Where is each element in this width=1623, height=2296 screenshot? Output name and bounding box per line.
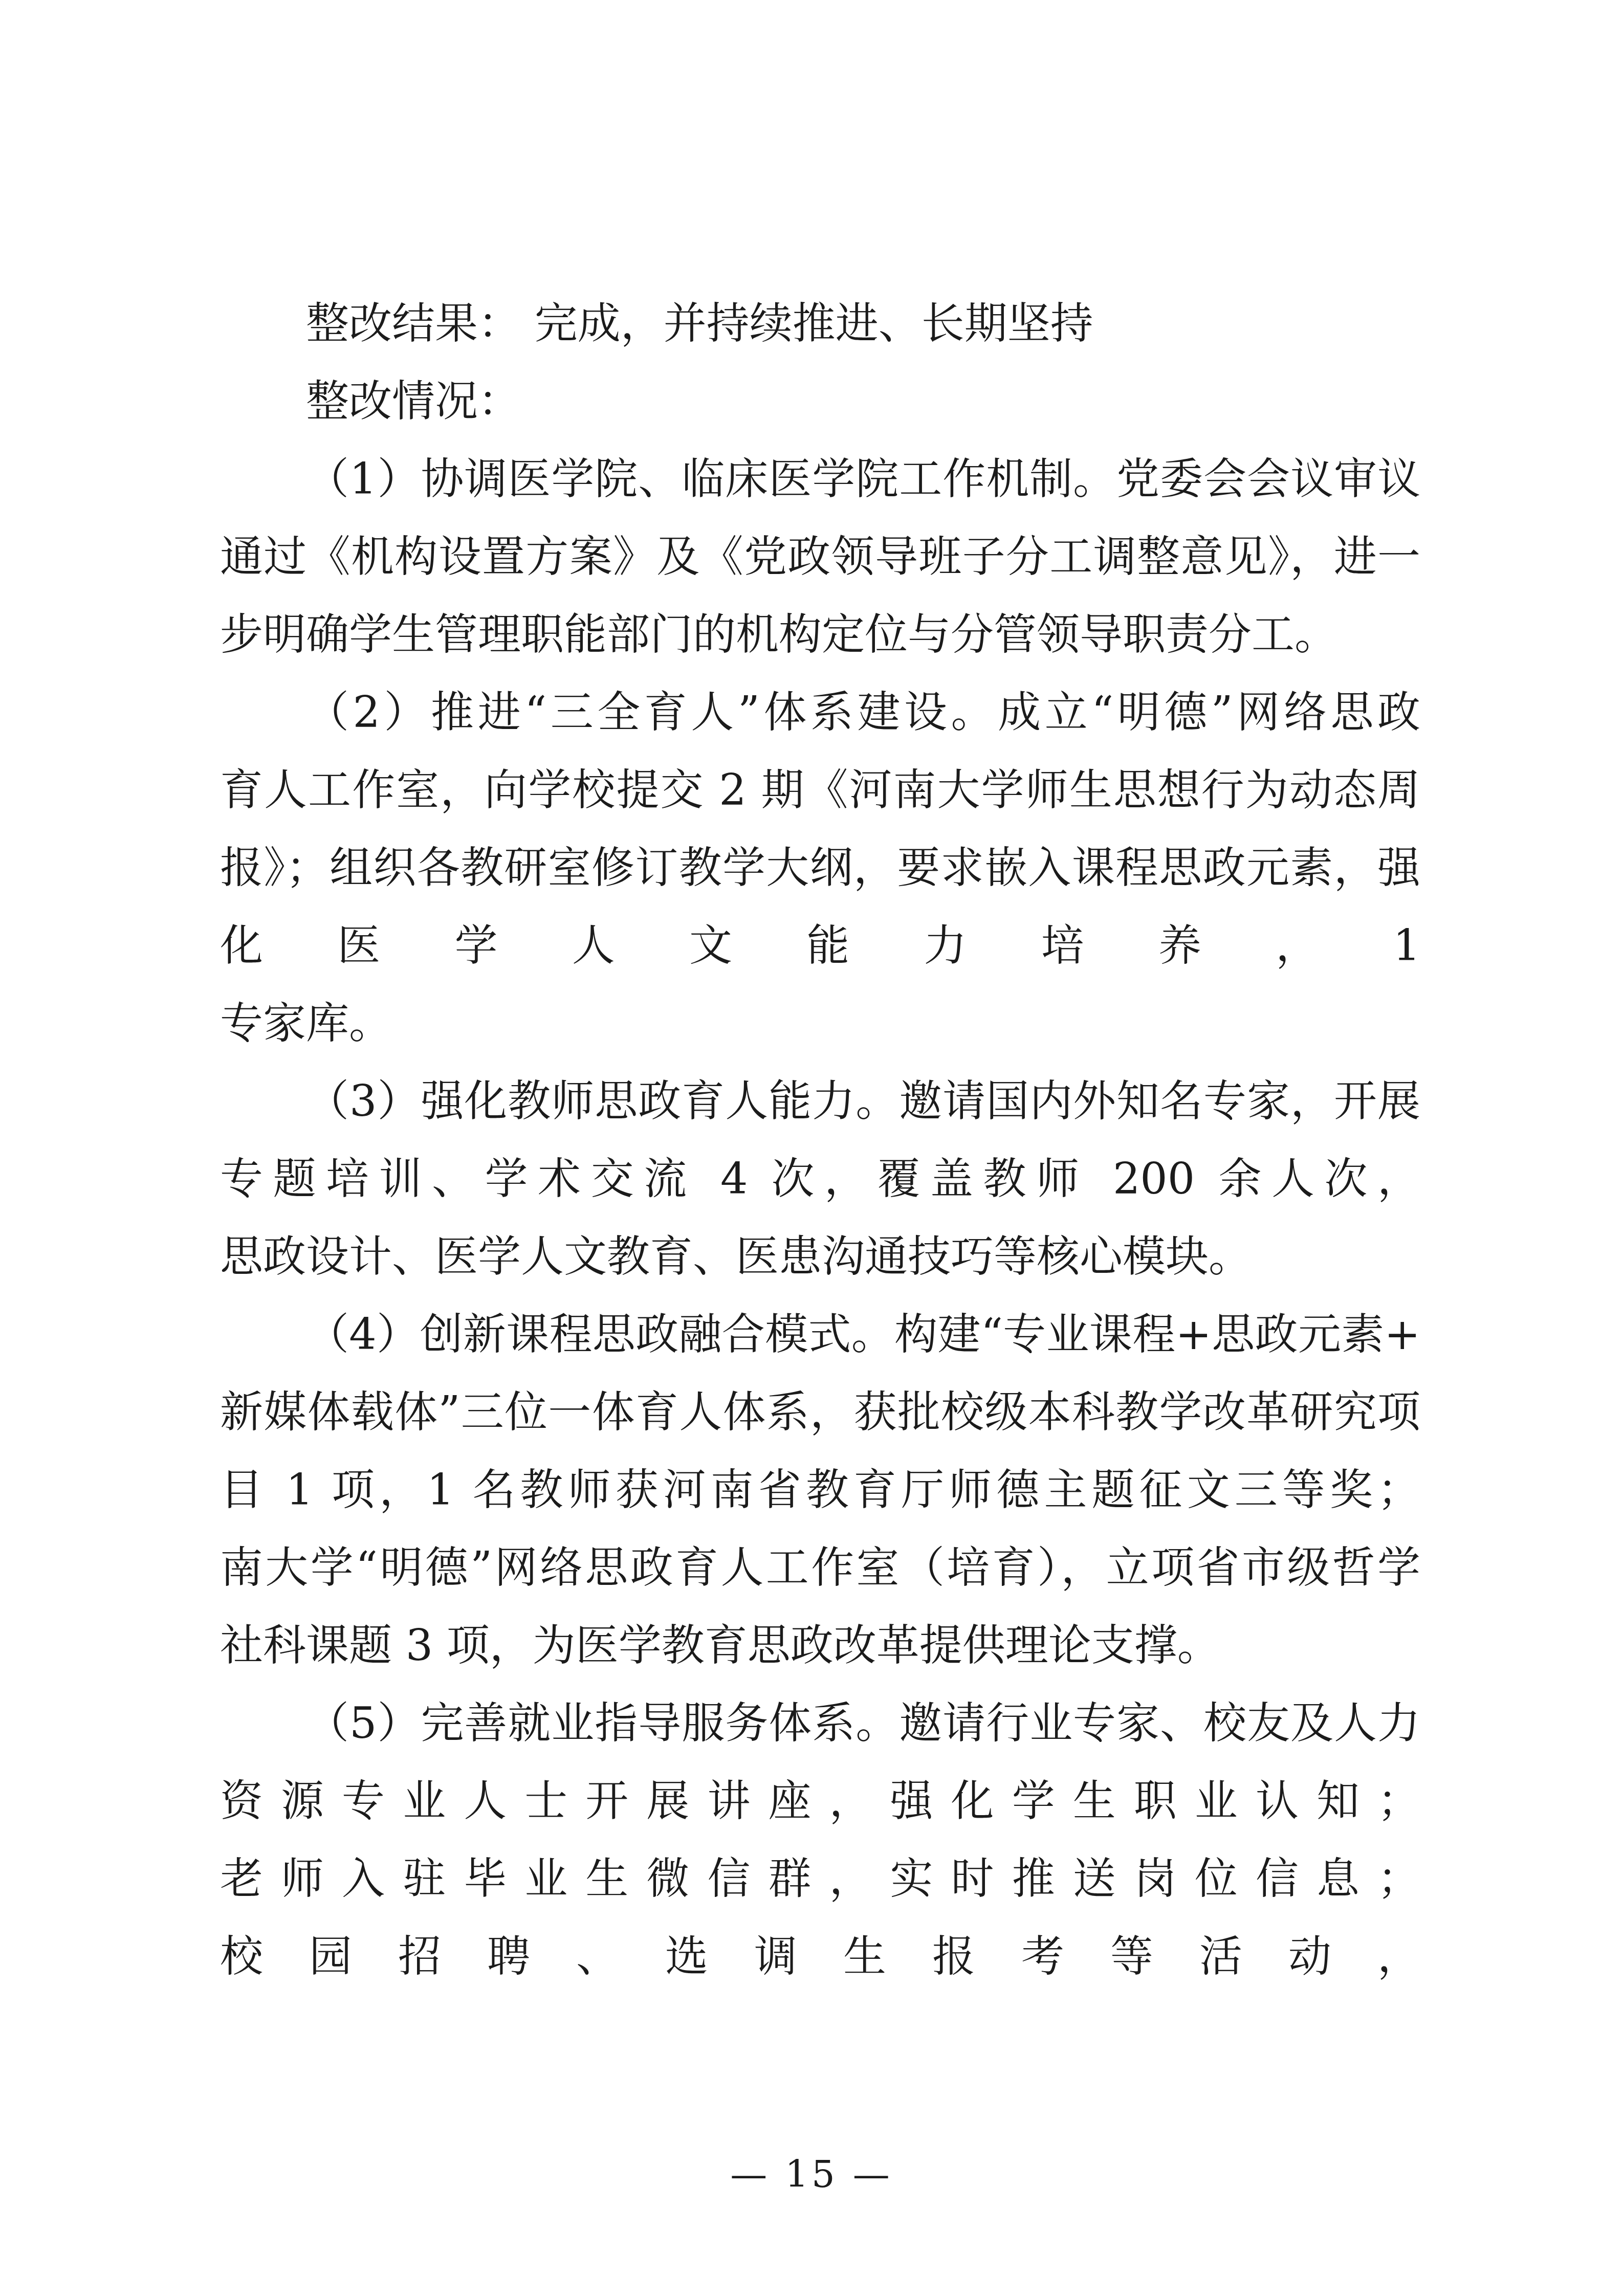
document-body: 整改结果： 完成，并持续推进、长期坚持整改情况：（1）协调医学院、临床医学院工作… bbox=[220, 284, 1420, 1995]
text-line: 化医学人文能力培养，1 位教师入选省教育厅党的创新理论宣讲 bbox=[220, 907, 1420, 984]
document-page: 整改结果： 完成，并持续推进、长期坚持整改情况：（1）协调医学院、临床医学院工作… bbox=[0, 0, 1623, 2296]
text-line: 老师入驻毕业生微信群，实时推送岗位信息；同步组织新疆兵团 bbox=[220, 1840, 1420, 1917]
text-line: 南大学“明德”网络思政育人工作室（培育），立项省市级哲学 bbox=[220, 1529, 1420, 1606]
text-line: （5）完善就业指导服务体系。邀请行业专家、校友及人力 bbox=[220, 1684, 1420, 1762]
text-line: 校园招聘、选调生报考等活动，从多维度提升学生的职业规划能 bbox=[220, 1917, 1420, 1995]
text-line: 社科课题 3 项，为医学教育思政改革提供理论支撑。 bbox=[220, 1606, 1420, 1684]
text-line: 专题培训、学术交流 4 次，覆盖教师 200 余人次，内容涵盖课程 bbox=[220, 1140, 1420, 1218]
text-line: 目 1 项，1 名教师获河南省教育厅师德主题征文三等奖；获批河 bbox=[220, 1451, 1420, 1529]
text-line: （1）协调医学院、临床医学院工作机制。党委会会议审议 bbox=[220, 440, 1420, 518]
text-line: （2）推进“三全育人”体系建设。成立“明德”网络思政 bbox=[220, 673, 1420, 751]
text-line: 通过《机构设置方案》及《党政领导班子分工调整意见》，进一 bbox=[220, 518, 1420, 595]
text-line: 育人工作室，向学校提交 2 期《河南大学师生思想行为动态周 bbox=[220, 751, 1420, 829]
text-line: 报》；组织各教研室修订教学大纲，要求嵌入课程思政元素，强 bbox=[220, 829, 1420, 907]
text-line: （3）强化教师思政育人能力。邀请国内外知名专家，开展 bbox=[220, 1062, 1420, 1140]
text-line: 新媒体载体”三位一体育人体系，获批校级本科教学改革研究项 bbox=[220, 1373, 1420, 1451]
text-line: 专家库。 bbox=[220, 984, 1420, 1062]
text-line: 资源专业人士开展讲座，强化学生职业认知；学校就业指导中心 bbox=[220, 1762, 1420, 1840]
text-line: 思政设计、医学人文教育、医患沟通技巧等核心模块。 bbox=[220, 1218, 1420, 1295]
text-line: （4）创新课程思政融合模式。构建“专业课程+思政元素+ bbox=[220, 1295, 1420, 1373]
page-number: — 15 — bbox=[0, 2135, 1623, 2213]
text-line: 整改情况： bbox=[220, 362, 1420, 440]
text-line: 步明确学生管理职能部门的机构定位与分管领导职责分工。 bbox=[220, 595, 1420, 673]
text-line: 整改结果： 完成，并持续推进、长期坚持 bbox=[220, 284, 1420, 362]
